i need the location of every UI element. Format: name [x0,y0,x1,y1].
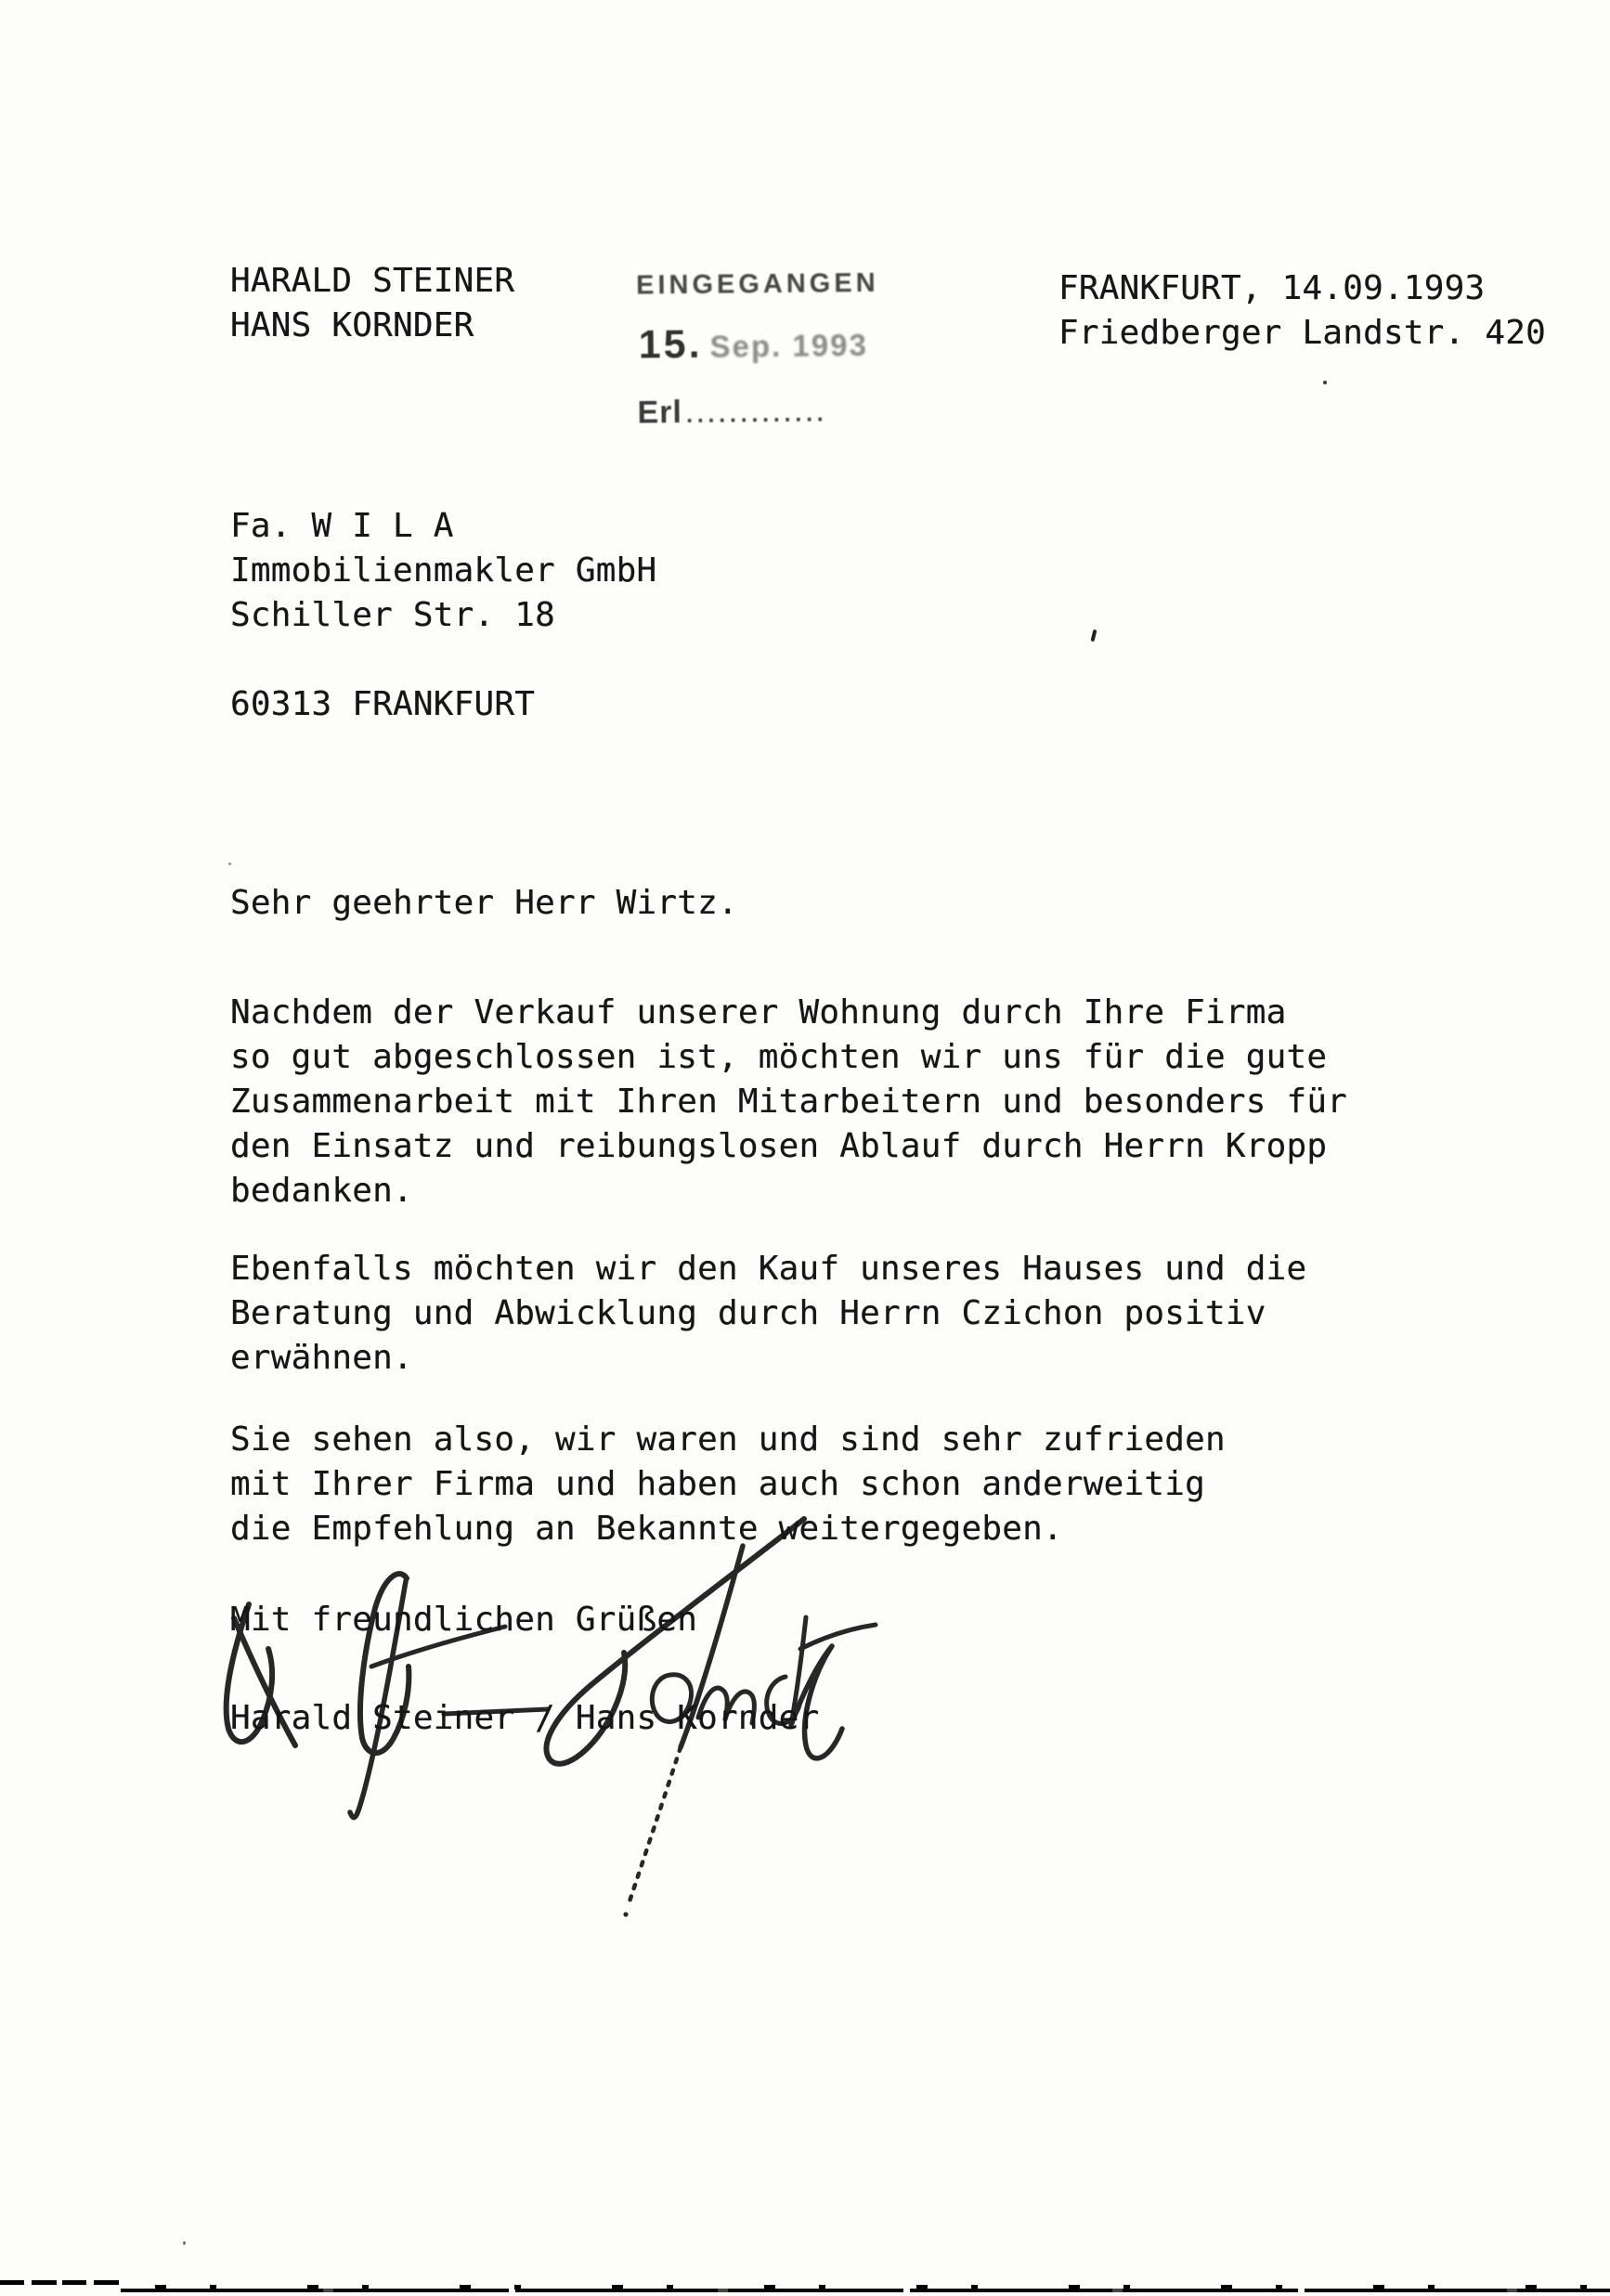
scan-speck [183,2241,186,2245]
dateline-street: Friedberger Landstr. 420 [1058,311,1546,356]
recipient-line: Fa. W I L A [230,504,454,549]
body-line: Sie sehen also, wir waren und sind sehr … [230,1418,1226,1462]
closing-line: Mit freundlichen Grüßen [230,1598,697,1642]
stamp-erl-line: Erl............. [637,393,827,431]
received-stamp: EINGEGANGEN 15.Sep. 1993 Erl............… [634,266,915,463]
body-line: den Einsatz und reibungslosen Ablauf dur… [230,1124,1327,1169]
stamp-erl-label: Erl [637,395,682,431]
stamp-date-day: 15. [639,322,703,368]
dateline-city-date: FRANKFURT, 14.09.1993 [1058,266,1485,311]
scan-artifact-line-left [0,2280,123,2285]
sender-name-1: HARALD STEINER [230,259,514,304]
body-line: Beratung und Abwicklung durch Herrn Czic… [230,1291,1266,1336]
letter-page: HARALD STEINER HANS KORNDER EINGEGANGEN … [0,0,1610,2296]
recipient-line: Immobilienmakler GmbH [230,549,656,593]
scan-mark-apostrophe [1090,629,1097,642]
sender-name-2: HANS KORNDER [230,304,474,348]
typed-signature-names: Harald Steiner / Hans Kornder [230,1696,819,1741]
scan-speck [1323,381,1327,384]
scan-artifact-line-bumps [121,2285,1610,2290]
body-line: bedanken. [230,1169,413,1213]
salutation: Sehr geehrter Herr Wirtz. [230,881,738,926]
body-line: Nachdem der Verkauf unserer Wohnung durc… [230,991,1286,1035]
body-line: mit Ihrer Firma und haben auch schon and… [230,1462,1205,1507]
body-line: Ebenfalls möchten wir den Kauf unseres H… [230,1247,1306,1291]
stamp-date-rest: Sep. 1993 [709,328,868,364]
body-line: Zusammenarbeit mit Ihren Mitarbeitern un… [230,1080,1347,1124]
stamp-date: 15.Sep. 1993 [639,320,869,369]
stamp-erl-dots: ............. [686,398,828,428]
recipient-line: 60313 FRANKFURT [230,682,535,727]
scan-speck [228,863,231,865]
recipient-line: Schiller Str. 18 [230,593,555,638]
body-line: so gut abgeschlossen ist, möchten wir un… [230,1035,1327,1080]
body-line: erwähnen. [230,1336,413,1381]
body-line: die Empfehlung an Bekannte weitergegeben… [230,1507,1063,1551]
stamp-word: EINGEGANGEN [636,268,879,302]
